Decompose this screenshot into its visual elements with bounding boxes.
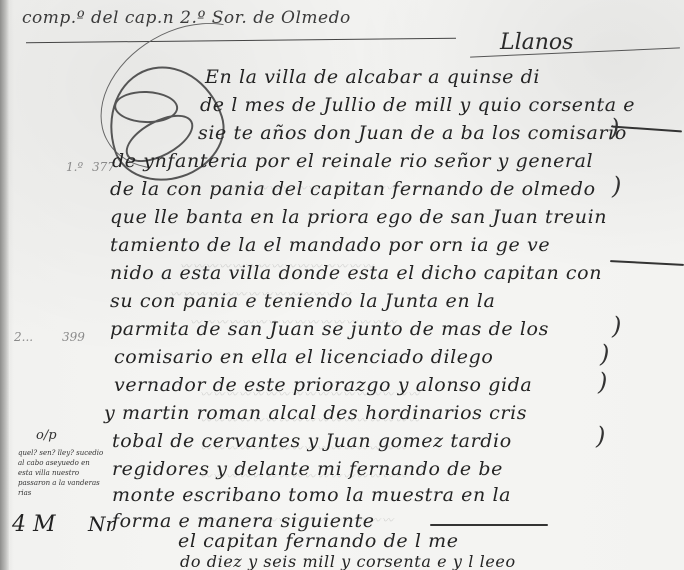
manuscript-line: que lle banta en la priora ego de san Ju… (110, 206, 607, 228)
manuscript-line: parmita de san Juan se junto de mas de l… (110, 318, 549, 340)
margin-note-line: passaron a la vanderas (18, 478, 116, 488)
manuscript-line: nido a esta villa donde esta el dicho ca… (110, 262, 602, 284)
folio-number: 4 M (12, 512, 56, 537)
manuscript-line: y martin roman alcal des hordinarios cri… (104, 402, 527, 424)
manuscript-line: regidores y delante mi fernando de be (112, 458, 503, 480)
margin-note-line: rias (18, 488, 116, 498)
manuscript-line: el capitan fernando de l me (178, 530, 459, 552)
manuscript-line: forma e manera siguiente (112, 510, 375, 532)
manuscript-line: de la con pania del capitan fernando de … (110, 178, 596, 200)
manuscript-line: comisario en ella el licenciado dilego (114, 346, 493, 368)
manuscript-line: do diez y seis mill y corsenta e y l lee… (180, 552, 516, 570)
line-end-bracket: ) (612, 312, 621, 340)
margin-note-line: al cabo aseyuedo en (18, 458, 116, 468)
margin-note: quel? sen? lley? sucedio al cabo aseyued… (18, 448, 116, 498)
margin-note-line: esta villa nuestro (18, 468, 116, 478)
margin-number: 399 (62, 330, 85, 344)
folio-rubric-mark: Nr (88, 512, 115, 536)
signature-rubric: Llanos (500, 30, 573, 55)
manuscript-line: vernador de este priorazgo y alonso gida (114, 374, 532, 396)
manuscript-line: tamiento de la el mandado por orn ia ge … (110, 234, 550, 256)
manuscript-line: su con pania e teniendo la Junta en la (110, 290, 495, 312)
line-end-bracket: ) (612, 172, 621, 200)
margin-note-heading: o/p (36, 428, 57, 443)
manuscript-line: sie te años don Juan de a ba los comisar… (198, 122, 627, 144)
margin-number: 1.º (66, 160, 83, 174)
manuscript-line: monte escribano tomo la muestra en la (112, 484, 511, 506)
line-end-bracket: ) (600, 340, 609, 368)
line-fill-rule (430, 524, 548, 526)
page-binding-edge (0, 0, 9, 570)
line-end-bracket: ) (598, 368, 607, 396)
margin-number: 2... (14, 330, 33, 344)
margin-note-line: quel? sen? lley? sucedio (18, 448, 116, 458)
manuscript-line: de l mes de Jullio de mill y quio corsen… (200, 94, 635, 116)
manuscript-line: En la villa de alcabar a quinse di (205, 66, 540, 88)
manuscript-line: de ynfanteria por el reinale rio señor y… (112, 150, 593, 172)
line-end-bracket: ) (596, 422, 605, 450)
manuscript-line: tobal de cervantes y Juan gomez tardio (112, 430, 512, 452)
